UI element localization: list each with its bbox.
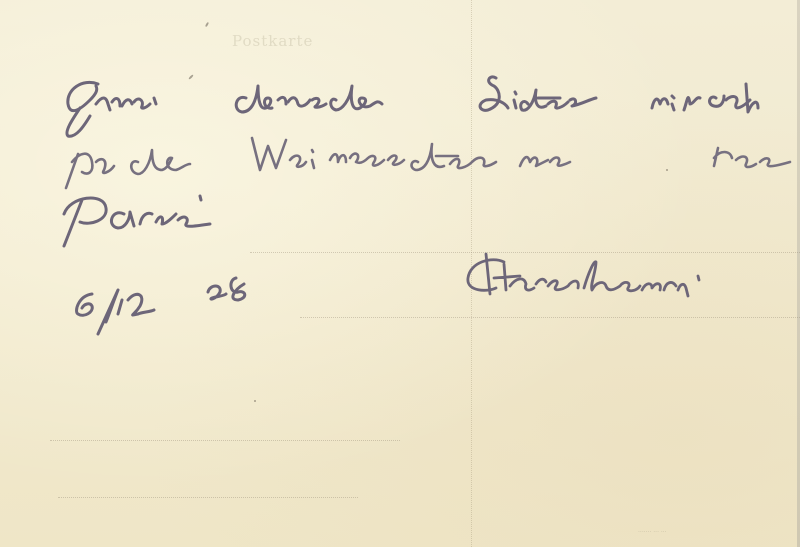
ink-line-1	[67, 77, 758, 136]
ink-line-4	[77, 278, 245, 334]
postcard: Postkarte ....... ... ...	[0, 0, 800, 547]
ink-line-3	[64, 196, 210, 246]
handwriting-ink	[0, 0, 800, 547]
signature-ink	[468, 254, 699, 296]
ink-line-2	[66, 138, 790, 188]
